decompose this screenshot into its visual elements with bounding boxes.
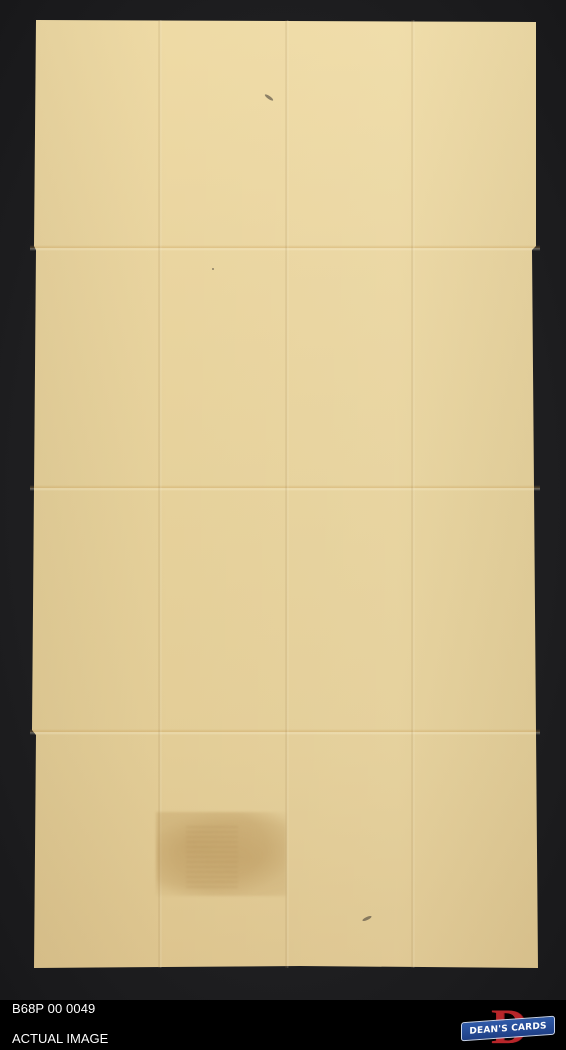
tape-residue-stain — [156, 812, 286, 896]
sku-code: B68P 00 0049 — [12, 1001, 95, 1016]
product-photo — [0, 0, 566, 1000]
stain-texture — [186, 826, 238, 888]
logo-text: DEAN'S CARDS — [469, 1021, 546, 1036]
actual-image-label: ACTUAL IMAGE — [12, 1031, 108, 1046]
logo-banner: DEAN'S CARDS — [461, 1016, 555, 1042]
deans-cards-logo: D DEAN'S CARDS — [461, 1004, 553, 1048]
blemish-mark — [212, 268, 214, 270]
fold-line-vertical — [411, 20, 415, 968]
